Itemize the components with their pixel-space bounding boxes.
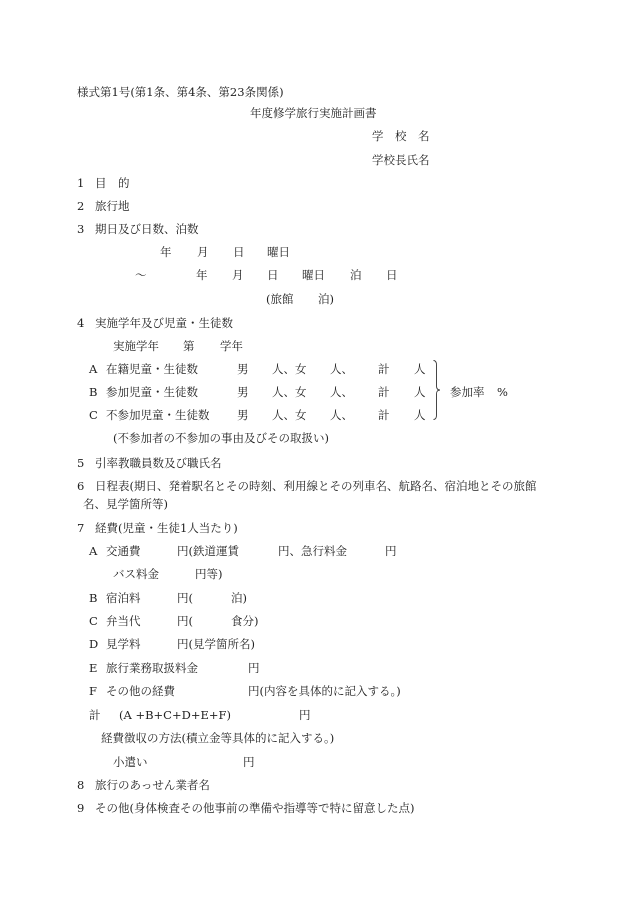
participation-rate-label: 参加率 xyxy=(450,385,485,399)
row-a-person1: 人、女 xyxy=(272,362,307,376)
grade-label: 実施学年 xyxy=(113,339,159,353)
end-year: 年 xyxy=(196,268,208,282)
row-c-label: 不参加児童・生徒数 xyxy=(106,408,210,422)
section-1-num: 1 xyxy=(77,176,84,190)
cost-total-yen: 円 xyxy=(299,708,311,722)
start-weekday: 曜日 xyxy=(267,245,290,259)
cost-f-label: その他の経費 xyxy=(106,684,175,698)
section-3-num: 3 xyxy=(77,222,84,236)
row-c-person3: 人 xyxy=(414,408,426,422)
cost-bus-yen: 円等) xyxy=(195,567,223,581)
row-a-total: 計 xyxy=(378,362,390,376)
section-6-continuation: 名、見学箇所等) xyxy=(83,497,168,511)
cost-b-suffix: 泊) xyxy=(231,591,247,605)
section-7-label: 経費(児童・生徒1人当たり) xyxy=(95,521,238,535)
section-3-label: 期日及び日数、泊数 xyxy=(95,222,199,236)
end-days: 日 xyxy=(386,268,398,282)
row-a-male: 男 xyxy=(237,362,249,376)
cost-e-label: 旅行業務取扱料金 xyxy=(106,661,198,675)
section-2-num: 2 xyxy=(77,199,84,213)
row-b-person3: 人 xyxy=(414,385,426,399)
end-day: 日 xyxy=(267,268,279,282)
row-c-letter: C xyxy=(89,408,98,422)
row-c-total: 計 xyxy=(378,408,390,422)
cost-total-label: 計 xyxy=(89,708,101,722)
row-b-label: 参加児童・生徒数 xyxy=(106,385,198,399)
row-c-person2: 人、 xyxy=(330,408,353,422)
end-nights: 泊 xyxy=(350,268,362,282)
cost-bus-label: バス料金 xyxy=(113,567,159,581)
row-b-male: 男 xyxy=(237,385,249,399)
cost-e-letter: E xyxy=(89,661,97,675)
grade-gakunen: 学年 xyxy=(220,339,243,353)
cost-e-yen: 円 xyxy=(248,661,260,675)
cost-a-yen: 円(鉄道運賃 xyxy=(177,544,239,558)
right-brace-icon xyxy=(433,360,441,420)
end-weekday: 曜日 xyxy=(302,268,325,282)
row-b-person1: 人、女 xyxy=(272,385,307,399)
cost-collection-method: 経費徴収の方法(積立金等具体的に記入する。) xyxy=(101,731,334,745)
cost-d-yen: 円(見学箇所名) xyxy=(177,637,255,651)
row-b-person2: 人、 xyxy=(330,385,353,399)
cost-b-yen: 円( xyxy=(177,591,193,605)
end-month: 月 xyxy=(232,268,244,282)
cost-total-formula: (A +B+C+D+E+F) xyxy=(119,708,231,722)
cost-c-yen: 円( xyxy=(177,614,193,628)
cost-c-letter: C xyxy=(89,614,98,628)
pocket-money-label: 小遣い xyxy=(113,755,148,769)
non-participant-note: (不参加者の不参加の事由及びその取扱い) xyxy=(113,431,329,445)
section-2-label: 旅行地 xyxy=(95,199,130,213)
section-8-label: 旅行のあっせん業者名 xyxy=(95,778,210,792)
section-5-label: 引率教職員数及び職氏名 xyxy=(95,456,222,470)
cost-d-label: 見学料 xyxy=(106,637,141,651)
cost-a-label: 交通費 xyxy=(106,544,141,558)
grade-dai: 第 xyxy=(183,339,195,353)
cost-d-letter: D xyxy=(89,637,98,651)
start-month: 月 xyxy=(197,245,209,259)
section-6-label: 日程表(期日、発着駅名とその時刻、利用線とその列車名、航路名、宿泊地とその旅館 xyxy=(95,479,536,493)
row-a-person2: 人、 xyxy=(330,362,353,376)
cost-f-yen: 円(内容を具体的に記入する。) xyxy=(248,684,401,698)
cost-a-yen3: 円 xyxy=(385,544,397,558)
row-c-male: 男 xyxy=(237,408,249,422)
cost-b-letter: B xyxy=(89,591,97,605)
section-1-label: 目 的 xyxy=(95,176,130,190)
cost-f-letter: F xyxy=(89,684,97,698)
participation-rate-unit: % xyxy=(497,385,508,399)
cost-b-label: 宿泊料 xyxy=(106,591,141,605)
section-5-num: 5 xyxy=(77,456,84,470)
row-b-letter: B xyxy=(89,385,97,399)
principal-name-label: 学校長氏名 xyxy=(372,153,430,167)
section-6-num: 6 xyxy=(77,479,84,493)
section-7-num: 7 xyxy=(77,521,84,535)
row-c-person1: 人、女 xyxy=(272,408,307,422)
row-b-total: 計 xyxy=(378,385,390,399)
cost-a-letter: A xyxy=(89,544,97,558)
school-name-label: 学 校 名 xyxy=(372,129,430,143)
inn-nights: 泊) xyxy=(318,292,334,306)
cost-c-suffix: 食分) xyxy=(231,614,259,628)
cost-a-yen2: 円、急行料金 xyxy=(278,544,347,558)
section-4-label: 実施学年及び児童・生徒数 xyxy=(95,316,233,330)
row-a-person3: 人 xyxy=(414,362,426,376)
document-title: 年度修学旅行実施計画書 xyxy=(250,106,377,120)
cost-c-label: 弁当代 xyxy=(106,614,141,628)
range-tilde: 〜 xyxy=(135,268,147,282)
row-a-letter: A xyxy=(89,362,97,376)
section-9-label: その他(身体検査その他事前の準備や指導等で特に留意した点) xyxy=(95,801,414,815)
start-day: 日 xyxy=(233,245,245,259)
form-label: 様式第1号(第1条、第4条、第23条関係) xyxy=(77,85,284,99)
section-4-num: 4 xyxy=(77,316,84,330)
inn-open: (旅館 xyxy=(266,292,294,306)
section-8-num: 8 xyxy=(77,778,84,792)
start-year: 年 xyxy=(160,245,172,259)
row-a-label: 在籍児童・生徒数 xyxy=(106,362,198,376)
section-9-num: 9 xyxy=(77,801,84,815)
pocket-money-yen: 円 xyxy=(243,755,255,769)
